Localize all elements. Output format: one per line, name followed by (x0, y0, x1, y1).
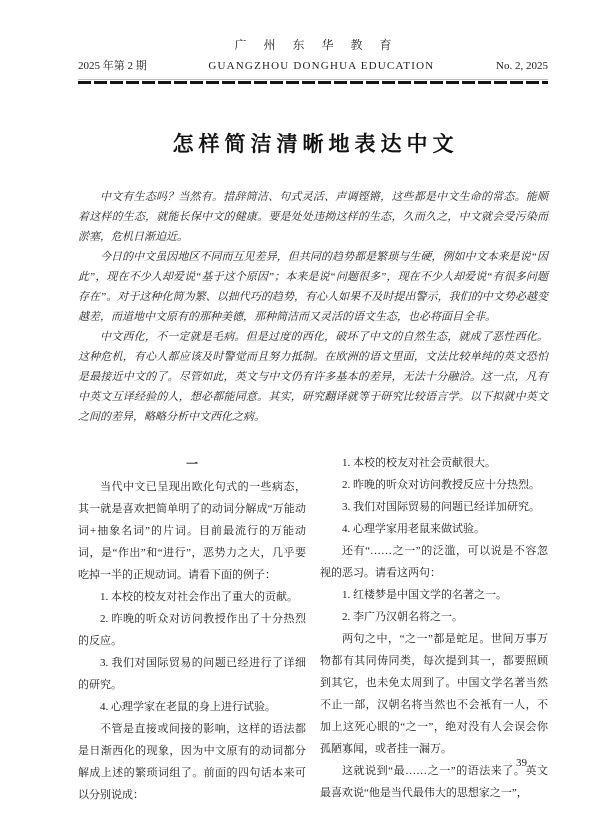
example-item: 4. 心理学家在老鼠的身上进行试验。 (78, 696, 306, 718)
left-column: 一 当代中文已呈现出欧化句式的一些病态，其一就是喜欢把简单明了的动词分解成“万能… (78, 452, 306, 806)
example-item: 2. 昨晚的听众对访问教授作出了十分热烈的反应。 (78, 608, 306, 652)
right-column: 1. 本校的校友对社会贡献很大。 2. 昨晚的听众对访问教授反应十分热烈。 3.… (320, 452, 548, 806)
body-paragraph: 还有“……之一”的泛滥，可以说是不容忽视的恶习。请看这两句： (320, 540, 548, 584)
example-item: 2. 昨晚的听众对访问教授反应十分热烈。 (320, 474, 548, 496)
issue-label-en: No. 2, 2025 (496, 60, 548, 72)
two-column-body: 一 当代中文已呈现出欧化句式的一些病态，其一就是喜欢把简单明了的动词分解成“万能… (78, 452, 548, 806)
journal-title-en: GUANGZHOU DONGHUA EDUCATION (208, 60, 434, 72)
header-meta-row: 2025 年第 2 期 GUANGZHOU DONGHUA EDUCATION … (78, 57, 548, 73)
example-item: 2. 李广乃汉朝名将之一。 (320, 606, 548, 628)
page-number: 39 (516, 757, 527, 769)
journal-title-cn: 广 州 东 华 教 育 (78, 0, 548, 53)
body-paragraph: 两句之中，“之一”都是蛇足。世间万事万物都有其同俦同类，每次提到其一，都要照顾到… (320, 628, 548, 760)
example-item: 1. 本校的校友对社会作出了重大的贡献。 (78, 586, 306, 608)
content-area: 广 州 东 华 教 育 2025 年第 2 期 GUANGZHOU DONGHU… (78, 0, 548, 806)
intro-paragraph: 今日的中文虽因地区不同而互见差异，但共同的趋势都是繁琐与生硬，例如中文本来是说“… (78, 247, 548, 327)
intro-paragraph: 中文西化，不一定就是毛病。但是过度的西化，破坏了中文的自然生态，就成了恶性西化。… (78, 327, 548, 427)
intro-paragraph: 中文有生态吗？当然有。措辞简洁、句式灵活、声调铿锵，这些都是中文生命的常态。能顺… (78, 187, 548, 247)
body-paragraph: 不管是直接或间接的影响，这样的语法都是日渐西化的现象，因为中文原有的动词都分解成… (78, 718, 306, 806)
header-divider-rule (78, 79, 548, 84)
article-title: 怎样简洁清晰地表达中文 (78, 128, 548, 158)
example-item: 4. 心理学家用老鼠来做试验。 (320, 518, 548, 540)
intro-section: 中文有生态吗？当然有。措辞简洁、句式灵活、声调铿锵，这些都是中文生命的常态。能顺… (78, 187, 548, 427)
example-item: 1. 红楼梦是中国文学的名著之一。 (320, 584, 548, 606)
section-heading: 一 (78, 452, 306, 476)
page-header: 广 州 东 华 教 育 2025 年第 2 期 GUANGZHOU DONGHU… (78, 0, 548, 84)
issue-label-cn: 2025 年第 2 期 (78, 57, 147, 73)
journal-page: 广 州 东 华 教 育 2025 年第 2 期 GUANGZHOU DONGHU… (0, 0, 612, 839)
example-item: 3. 我们对国际贸易的问题已经进行了详细的研究。 (78, 652, 306, 696)
body-paragraph: 这就说到“最……之一”的语法来了。英文最喜欢说“他是当代最伟大的思想家之一”， (320, 760, 548, 804)
example-item: 3. 我们对国际贸易的问题已经详加研究。 (320, 496, 548, 518)
example-item: 1. 本校的校友对社会贡献很大。 (320, 452, 548, 474)
body-paragraph: 当代中文已呈现出欧化句式的一些病态，其一就是喜欢把简单明了的动词分解成“万能动词… (78, 476, 306, 586)
